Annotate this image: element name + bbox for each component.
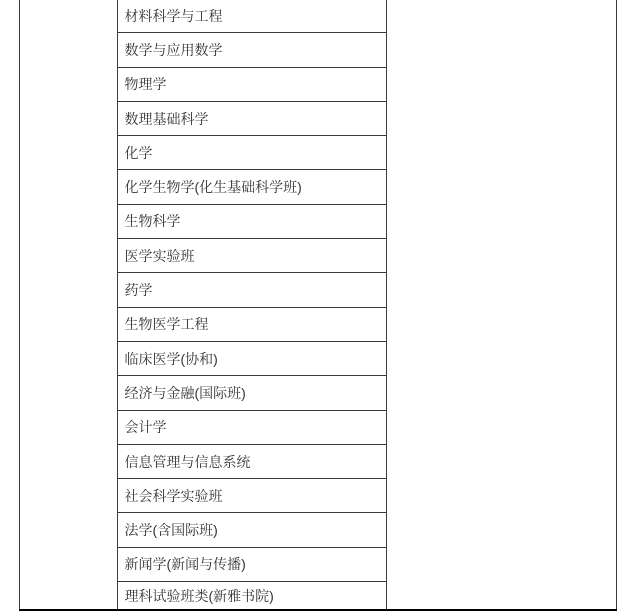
table-row: 化学: [118, 136, 387, 170]
table-row: 法学(含国际班): [118, 513, 387, 547]
major-name: 药学: [125, 283, 153, 297]
major-name: 经济与金融(国际班): [125, 386, 246, 400]
right-merged-cell: [387, 0, 617, 609]
table-row: 临床医学(协和): [118, 342, 387, 376]
major-name: 会计学: [125, 420, 167, 434]
major-name: 化学生物学(化生基础科学班): [125, 180, 302, 194]
majors-table: 材料科学与工程 数学与应用数学 物理学 数理基础科学 化学 化学生物学(化生基础…: [19, 0, 617, 611]
table-row: 新闻学(新闻与传播): [118, 548, 387, 582]
page: 材料科学与工程 数学与应用数学 物理学 数理基础科学 化学 化学生物学(化生基础…: [0, 0, 633, 616]
major-name: 临床医学(协和): [125, 352, 218, 366]
major-name: 生物医学工程: [125, 317, 209, 331]
major-name: 新闻学(新闻与传播): [125, 557, 246, 571]
table-row: 数学与应用数学: [118, 33, 387, 67]
major-name: 物理学: [125, 77, 167, 91]
major-name: 信息管理与信息系统: [125, 455, 251, 469]
major-name: 法学(含国际班): [125, 523, 218, 537]
table-row: 物理学: [118, 68, 387, 102]
table-row: 社会科学实验班: [118, 479, 387, 513]
table-row: 生物科学: [118, 205, 387, 239]
table-row: 信息管理与信息系统: [118, 445, 387, 479]
left-merged-cell: [19, 0, 118, 609]
table-row: 化学生物学(化生基础科学班): [118, 170, 387, 204]
table-row: 医学实验班: [118, 239, 387, 273]
major-name: 社会科学实验班: [125, 489, 223, 503]
major-name: 材料科学与工程: [125, 9, 223, 23]
table-row: 会计学: [118, 411, 387, 445]
table-row: 材料科学与工程: [118, 0, 387, 33]
major-name: 数学与应用数学: [125, 43, 223, 57]
major-name: 数理基础科学: [125, 112, 209, 126]
major-name: 医学实验班: [125, 249, 195, 263]
table-row: 生物医学工程: [118, 308, 387, 342]
major-name: 生物科学: [125, 214, 181, 228]
majors-column: 材料科学与工程 数学与应用数学 物理学 数理基础科学 化学 化学生物学(化生基础…: [118, 0, 388, 609]
table-row: 经济与金融(国际班): [118, 376, 387, 410]
table-row: 理科试验班类(新雅书院): [118, 582, 387, 609]
major-name: 化学: [125, 146, 153, 160]
major-name: 理科试验班类(新雅书院): [125, 589, 274, 603]
table-row: 数理基础科学: [118, 102, 387, 136]
table-row: 药学: [118, 273, 387, 307]
